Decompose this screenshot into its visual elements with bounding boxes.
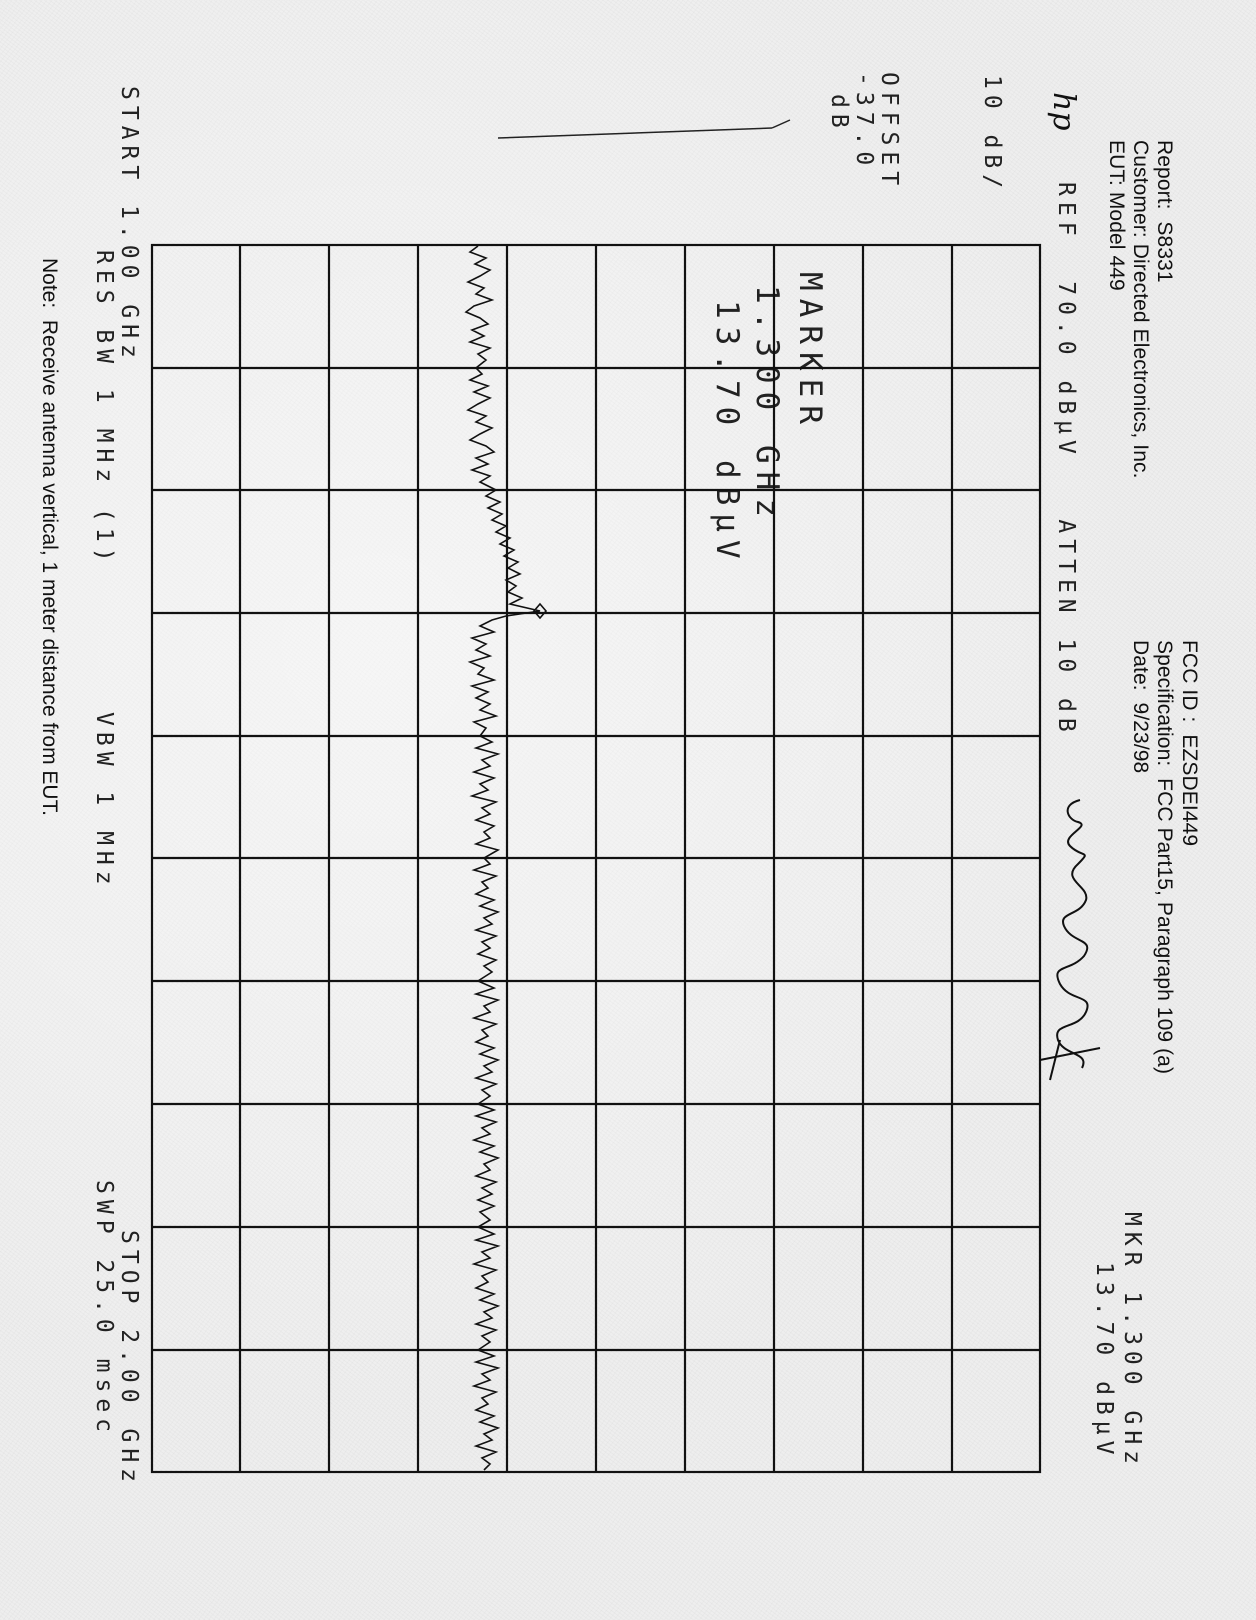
spectrum-plot: [0, 0, 1256, 1620]
signature: [1040, 800, 1100, 1080]
offset-pointer-line: [498, 128, 772, 138]
graticule: [152, 245, 1040, 1472]
